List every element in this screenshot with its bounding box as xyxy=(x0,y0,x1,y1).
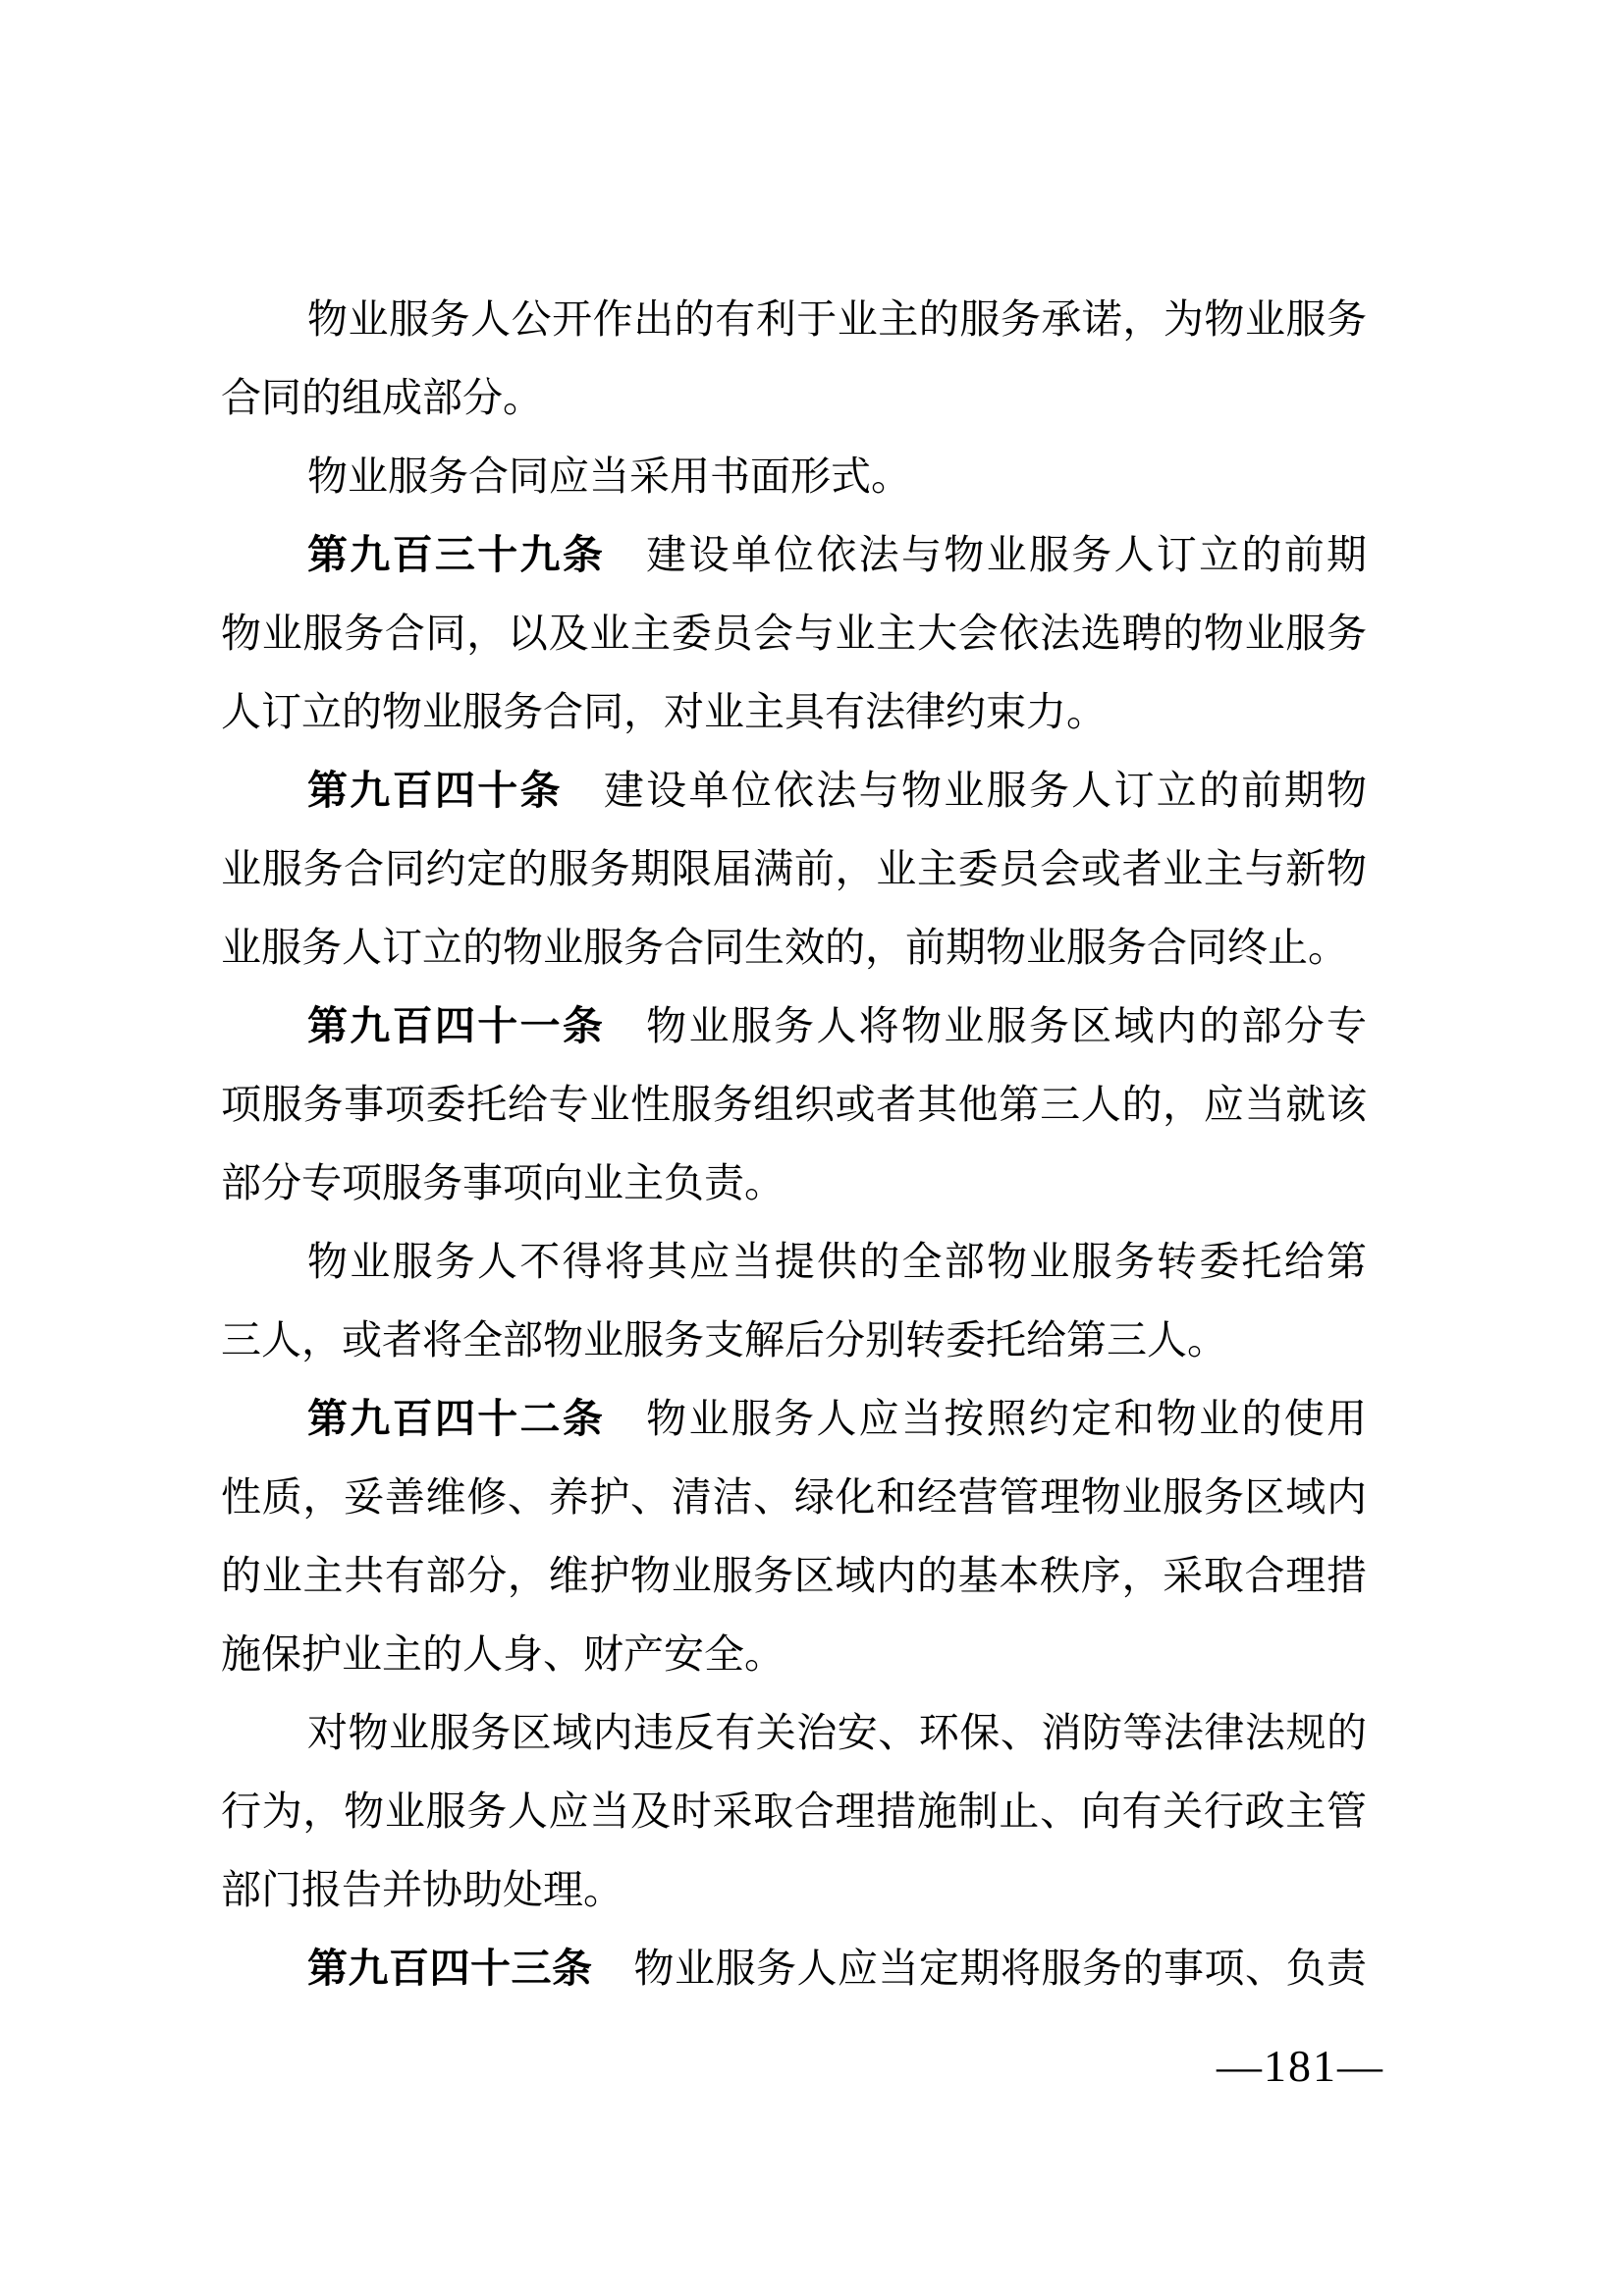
text-line: 部门报告并协助处理。 xyxy=(221,1850,1367,1929)
line-text: 建设单位依法与物业服务人订立的前期物 xyxy=(604,768,1367,813)
line-text: 物业服务合同，以及业主委员会与业主大会依法选聘的物业服务 xyxy=(221,611,1367,656)
line-text: 施保护业主的人身、财产安全。 xyxy=(221,1631,785,1677)
line-text: 三人，或者将全部物业服务支解后分别转委托给第三人。 xyxy=(221,1317,1227,1362)
text-line: 物业服务人公开作出的有利于业主的服务承诺，为物业服务 xyxy=(221,280,1367,358)
line-text: 项服务事项委托给专业性服务组织或者其他第三人的，应当就该 xyxy=(221,1082,1367,1127)
text-line: 部分专项服务事项向业主负责。 xyxy=(221,1144,1367,1222)
text-line: 对物业服务区域内违反有关治安、环保、消防等法律法规的 xyxy=(221,1693,1367,1772)
line-text: 物业服务人应当按照约定和物业的使用 xyxy=(646,1396,1367,1441)
text-line: 第九百四十条建设单位依法与物业服务人订立的前期物 xyxy=(221,751,1367,829)
text-line: 物业服务人不得将其应当提供的全部物业服务转委托给第 xyxy=(221,1222,1367,1301)
text-line: 性质，妥善维修、养护、清洁、绿化和经营管理物业服务区域内 xyxy=(221,1458,1367,1536)
article-number: 第九百四十二条 xyxy=(307,1396,605,1441)
text-line: 业服务合同约定的服务期限届满前，业主委员会或者业主与新物 xyxy=(221,829,1367,908)
line-text: 的业主共有部分，维护物业服务区域内的基本秩序，采取合理措 xyxy=(221,1553,1367,1598)
text-line: 的业主共有部分，维护物业服务区域内的基本秩序，采取合理措 xyxy=(221,1536,1367,1615)
line-text: 性质，妥善维修、养护、清洁、绿化和经营管理物业服务区域内 xyxy=(221,1474,1367,1520)
text-line: 第九百四十二条物业服务人应当按照约定和物业的使用 xyxy=(221,1379,1367,1458)
line-text: 业服务人订立的物业服务合同生效的，前期物业服务合同终止。 xyxy=(221,925,1348,970)
line-text: 部门报告并协助处理。 xyxy=(221,1867,623,1912)
line-text: 物业服务人公开作出的有利于业主的服务承诺，为物业服务 xyxy=(307,296,1367,342)
text-line: 物业服务合同应当采用书面形式。 xyxy=(221,437,1367,515)
text-line: 物业服务合同，以及业主委员会与业主大会依法选聘的物业服务 xyxy=(221,594,1367,672)
text-line: 第九百四十一条物业服务人将物业服务区域内的部分专 xyxy=(221,987,1367,1065)
line-text: 建设单位依法与物业服务人订立的前期 xyxy=(646,532,1367,577)
line-text: 行为，物业服务人应当及时采取合理措施制止、向有关行政主管 xyxy=(221,1789,1367,1834)
text-line: 业服务人订立的物业服务合同生效的，前期物业服务合同终止。 xyxy=(221,908,1367,987)
text-block: 物业服务人公开作出的有利于业主的服务承诺，为物业服务 合同的组成部分。 物业服务… xyxy=(221,280,1367,2007)
article-number: 第九百三十九条 xyxy=(307,532,605,577)
text-line: 行为，物业服务人应当及时采取合理措施制止、向有关行政主管 xyxy=(221,1772,1367,1850)
line-text: 部分专项服务事项向业主负责。 xyxy=(221,1160,785,1205)
article-number: 第九百四十一条 xyxy=(307,1003,605,1048)
line-text: 合同的组成部分。 xyxy=(221,375,543,420)
text-line: 三人，或者将全部物业服务支解后分别转委托给第三人。 xyxy=(221,1301,1367,1379)
article-number: 第九百四十三条 xyxy=(307,1946,593,1991)
page-number: —181— xyxy=(1217,2027,1384,2106)
document-page: 物业服务人公开作出的有利于业主的服务承诺，为物业服务 合同的组成部分。 物业服务… xyxy=(0,0,1624,2296)
line-text: 物业服务人应当定期将服务的事项、负责 xyxy=(634,1946,1368,1991)
text-line: 项服务事项委托给专业性服务组织或者其他第三人的，应当就该 xyxy=(221,1065,1367,1144)
line-text: 人订立的物业服务合同，对业主具有法律约束力。 xyxy=(221,689,1107,734)
line-text: 物业服务人将物业服务区域内的部分专 xyxy=(646,1003,1367,1048)
line-text: 物业服务人不得将其应当提供的全部物业服务转委托给第 xyxy=(307,1239,1367,1284)
text-line: 施保护业主的人身、财产安全。 xyxy=(221,1615,1367,1693)
text-line: 第九百四十三条物业服务人应当定期将服务的事项、负责 xyxy=(221,1929,1367,2007)
text-line: 第九百三十九条建设单位依法与物业服务人订立的前期 xyxy=(221,515,1367,594)
line-text: 业服务合同约定的服务期限届满前，业主委员会或者业主与新物 xyxy=(221,846,1367,891)
text-line: 合同的组成部分。 xyxy=(221,358,1367,437)
line-text: 物业服务合同应当采用书面形式。 xyxy=(307,454,911,499)
text-line: 人订立的物业服务合同，对业主具有法律约束力。 xyxy=(221,672,1367,751)
article-number: 第九百四十条 xyxy=(307,768,563,813)
line-text: 对物业服务区域内违反有关治安、环保、消防等法律法规的 xyxy=(307,1710,1367,1755)
